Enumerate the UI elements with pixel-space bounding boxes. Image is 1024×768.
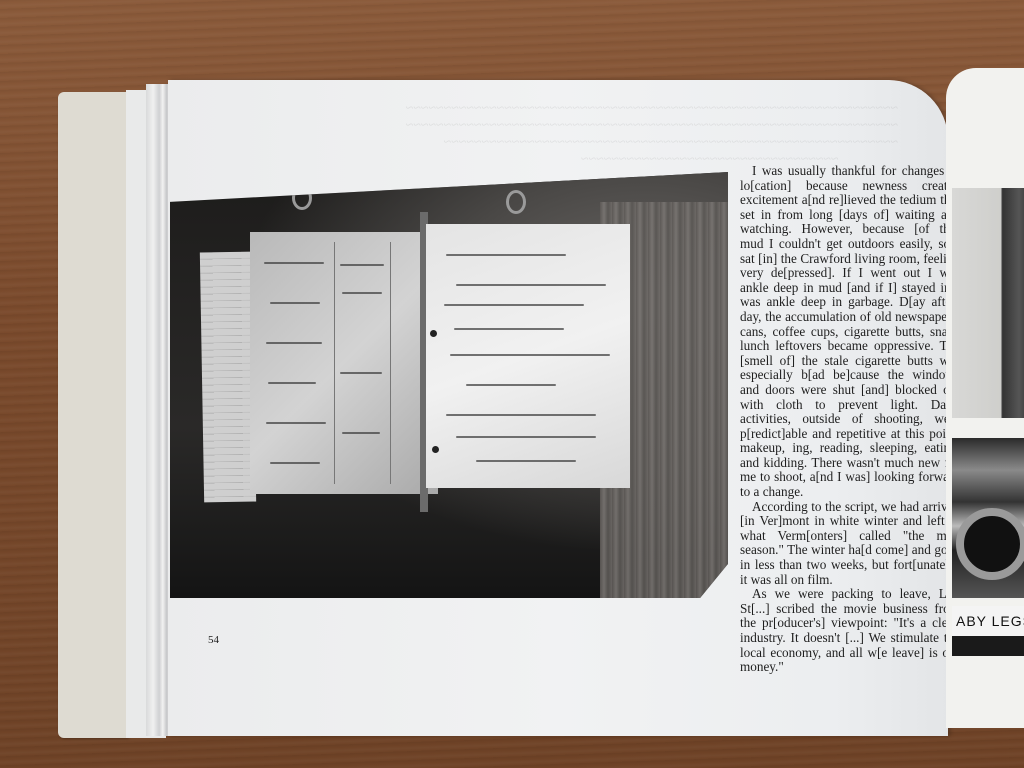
bleed-through-text: ~~~~~~~~~~~~~~~~~~~~~~~~~~~~~~~~~~~~~~~~… xyxy=(238,100,898,170)
left-page: ~~~~~~~~~~~~~~~~~~~~~~~~~~~~~~~~~~~~~~~~… xyxy=(168,80,948,736)
lined-notepad xyxy=(200,252,256,503)
photo-strip xyxy=(952,636,1024,656)
trailer-photo xyxy=(952,188,1024,418)
paragraph: I was usually thankful for changes in lo… xyxy=(740,164,948,500)
page-number: 54 xyxy=(208,634,219,646)
film-reel xyxy=(956,508,1024,580)
binder-clip xyxy=(506,190,526,214)
binder-clip xyxy=(292,186,312,210)
paragraph: According to the script, we had arrived … xyxy=(740,500,948,588)
paragraph: As we were packing to leave, Lou St[...]… xyxy=(740,587,948,675)
photo-label: ABY LEGS xyxy=(952,606,1024,636)
right-page: ABY LEGS xyxy=(946,68,1024,728)
book-cover xyxy=(58,92,128,738)
notebook-left-page xyxy=(250,232,438,494)
script-page xyxy=(426,224,630,488)
page-edges xyxy=(146,84,170,736)
script-binder-photo xyxy=(170,172,728,598)
body-text: I was usually thankful for changes in lo… xyxy=(740,164,948,675)
